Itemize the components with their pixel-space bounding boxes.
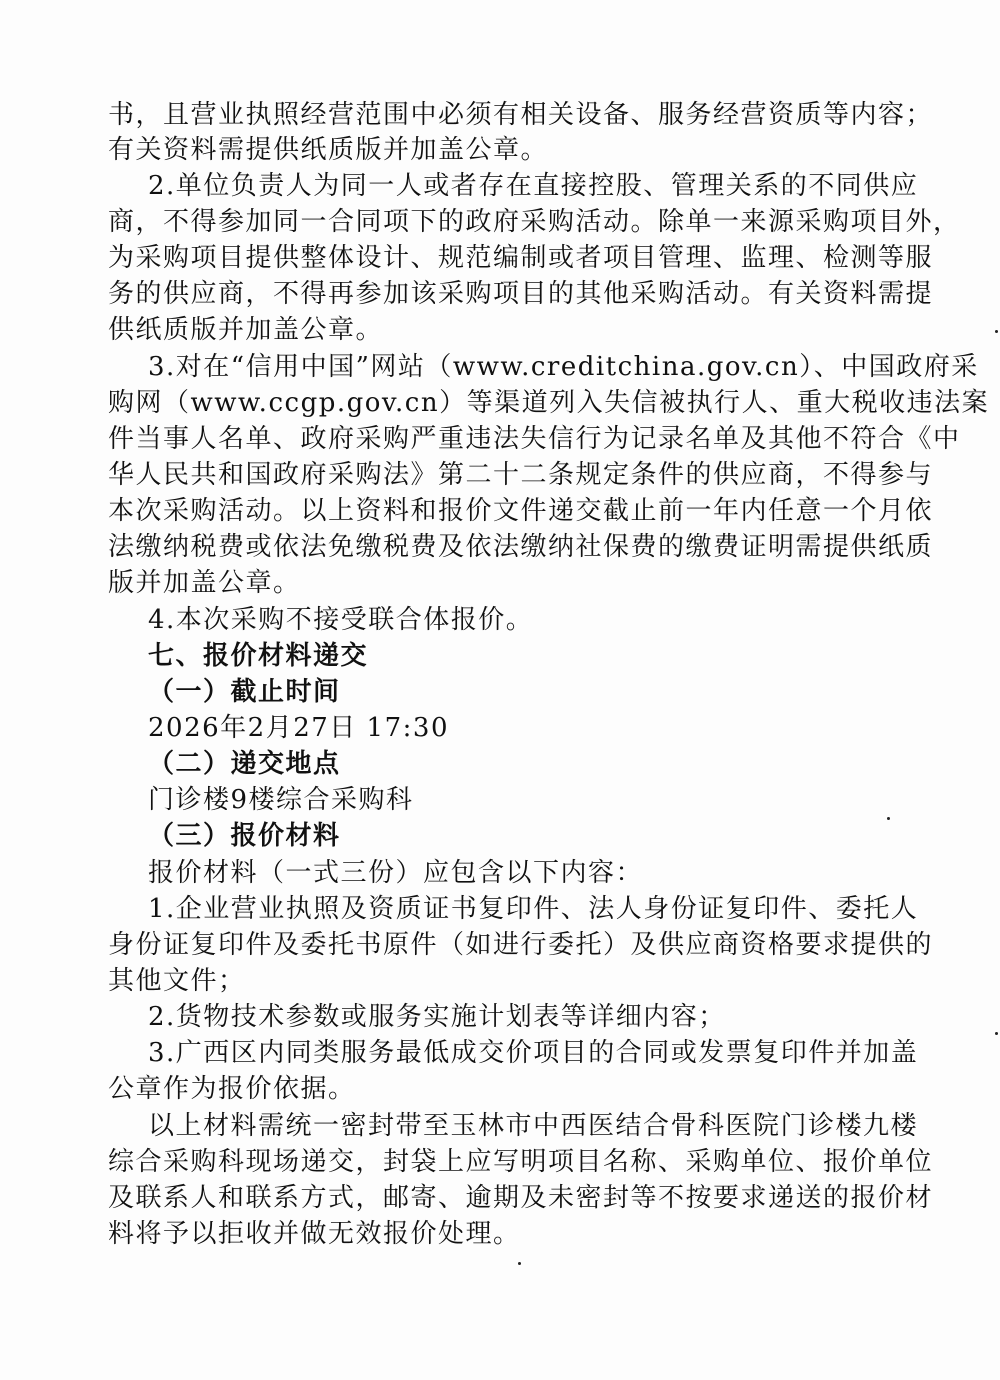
text-line: 其他文件； [108,966,908,996]
section-heading: 七、报价材料递交 [148,641,948,671]
text-line: 4.本次采购不接受联合体报价。 [148,605,948,635]
text-line: 法缴纳税费或依法免缴税费及依法缴纳社保费的缴费证明需提供纸质 [108,532,908,562]
document-page: 书，且营业执照经营范围中必须有相关设备、服务经营资质等内容； 有关资料需提供纸质… [0,0,1000,1380]
text-line: 1.企业营业执照及资质证书复印件、法人身份证复印件、委托人 [148,894,948,924]
subsection-heading: （三）报价材料 [148,821,948,851]
text-line: 及联系人和联系方式，邮寄、逾期及未密封等不按要求递送的报价材 [108,1183,908,1213]
subsection-heading: （一）截止时间 [148,677,948,707]
text-line: 商，不得参加同一合同项下的政府采购活动。除单一来源采购项目外， [108,207,908,237]
deadline-value: 2026年2月27日 17:30 [148,713,948,743]
scan-speck [518,1262,521,1265]
text-line: 3.广西区内同类服务最低成交价项目的合同或发票复印件并加盖 [148,1038,948,1068]
subsection-heading: （二）递交地点 [148,749,948,779]
text-line: 购网（www.ccgp.gov.cn）等渠道列入失信被执行人、重大税收违法案 [108,388,908,418]
scan-speck [995,330,998,333]
text-line: 本次采购活动。以上资料和报价文件递交截止前一年内任意一个月依 [108,496,908,526]
text-line: 料将予以拒收并做无效报价处理。 [108,1219,908,1249]
text-line: 供纸质版并加盖公章。 [108,315,908,345]
scan-speck [995,1032,998,1035]
text-line: 身份证复印件及委托书原件（如进行委托）及供应商资格要求提供的 [108,930,908,960]
text-line: 2.单位负责人为同一人或者存在直接控股、管理关系的不同供应 [148,171,948,201]
text-line: 务的供应商，不得再参加该采购项目的其他采购活动。有关资料需提 [108,279,908,309]
text-line: 版并加盖公章。 [108,568,908,598]
text-line: 以上材料需统一密封带至玉林市中西医结合骨科医院门诊楼九楼 [148,1111,948,1141]
text-line: 2.货物技术参数或服务实施计划表等详细内容； [148,1002,948,1032]
text-line: 综合采购科现场递交，封袋上应写明项目名称、采购单位、报价单位 [108,1147,908,1177]
text-line: 3.对在“信用中国”网站（www.creditchina.gov.cn）、中国政… [148,352,948,382]
text-line: 书，且营业执照经营范围中必须有相关设备、服务经营资质等内容； [108,100,908,130]
scan-speck [887,817,890,820]
location-value: 门诊楼9楼综合采购科 [148,785,948,815]
text-line: 公章作为报价依据。 [108,1074,908,1104]
text-line: 报价材料（一式三份）应包含以下内容： [148,858,948,888]
text-line: 件当事人名单、政府采购严重违法失信行为记录名单及其他不符合《中 [108,424,908,454]
text-line: 为采购项目提供整体设计、规范编制或者项目管理、监理、检测等服 [108,243,908,273]
text-line: 有关资料需提供纸质版并加盖公章。 [108,135,908,165]
text-line: 华人民共和国政府采购法》第二十二条规定条件的供应商，不得参与 [108,460,908,490]
